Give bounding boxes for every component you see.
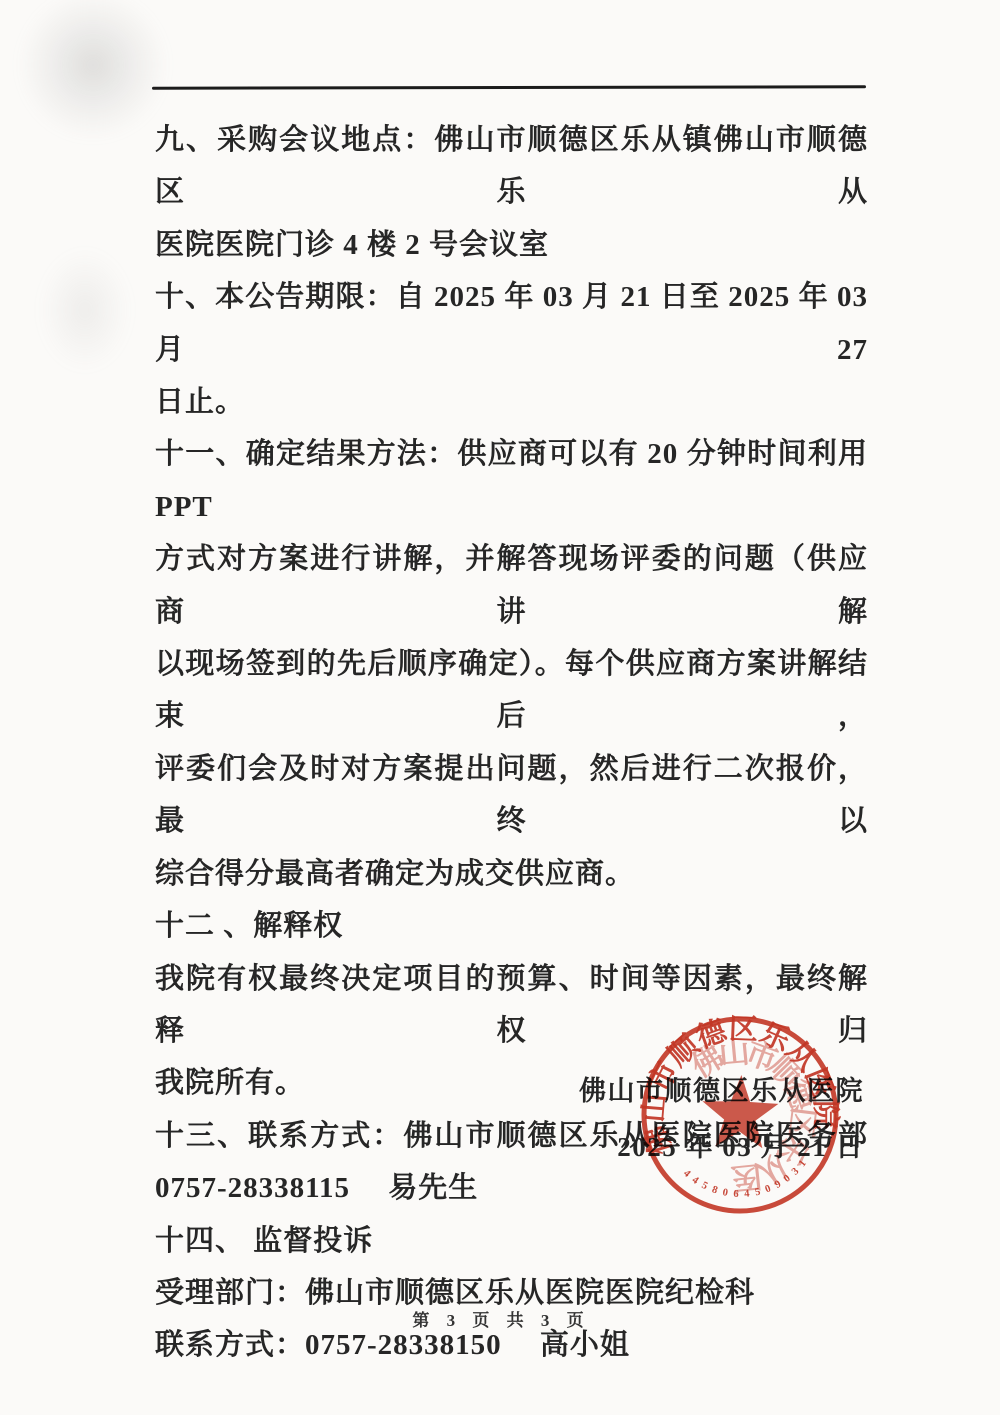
document-line: 评委们会及时对方案提出问题，然后进行二次报价，最终以 bbox=[155, 743, 868, 848]
section-heading: 十四、 监督投诉 bbox=[155, 1225, 373, 1257]
signature-date: 2025 年 03 月 21 日 bbox=[579, 1119, 864, 1175]
scan-smudge-small bbox=[40, 250, 130, 370]
section-heading: 十、本公告期限： bbox=[155, 281, 396, 313]
page-footer: 第 3 页 共 3 页 bbox=[0, 1306, 1000, 1331]
signature-block: 佛山市顺德区乐从医院 2025 年 03 月 21 日 bbox=[579, 1063, 864, 1175]
document-line: 十、本公告期限：自 2025 年 03 月 21 日至 2025 年 03 月 … bbox=[155, 271, 868, 376]
section-heading: 十一、确定结果方法： bbox=[155, 438, 457, 470]
document-line: 九、采购会议地点：佛山市顺德区乐从镇佛山市顺德区乐从 bbox=[155, 114, 868, 219]
scan-smudge bbox=[18, 0, 168, 140]
section-heading: 十二 、解释权 bbox=[155, 910, 343, 942]
document-line: 医院医院门诊 4 楼 2 号会议室 bbox=[155, 219, 868, 271]
document-line: 十一、确定结果方法：供应商可以有 20 分钟时间利用 PPT bbox=[155, 428, 868, 533]
section-heading: 十三、联系方式： bbox=[155, 1120, 403, 1152]
document-page: 九、采购会议地点：佛山市顺德区乐从镇佛山市顺德区乐从医院医院门诊 4 楼 2 号… bbox=[0, 0, 1000, 1415]
document-line: 综合得分最高者确定为成交供应商。 bbox=[155, 848, 868, 900]
document-line: 以现场签到的先后顺序确定）。每个供应商方案讲解结束后， bbox=[155, 638, 868, 743]
document-line: 日止。 bbox=[155, 376, 868, 428]
document-body: 九、采购会议地点：佛山市顺德区乐从镇佛山市顺德区乐从医院医院门诊 4 楼 2 号… bbox=[155, 114, 868, 1372]
section-heading: 九、采购会议地点： bbox=[155, 124, 434, 156]
signature-org: 佛山市顺德区乐从医院 bbox=[579, 1063, 864, 1119]
document-line: 十二 、解释权 bbox=[155, 900, 868, 952]
document-line: 方式对方案进行讲解，并解答现场评委的问题（供应商讲解 bbox=[155, 533, 868, 638]
document-line: 十四、 监督投诉 bbox=[155, 1215, 868, 1267]
top-rule bbox=[152, 85, 866, 89]
document-line: 我院有权最终决定项目的预算、时间等因素，最终解释权归 bbox=[155, 953, 868, 1058]
